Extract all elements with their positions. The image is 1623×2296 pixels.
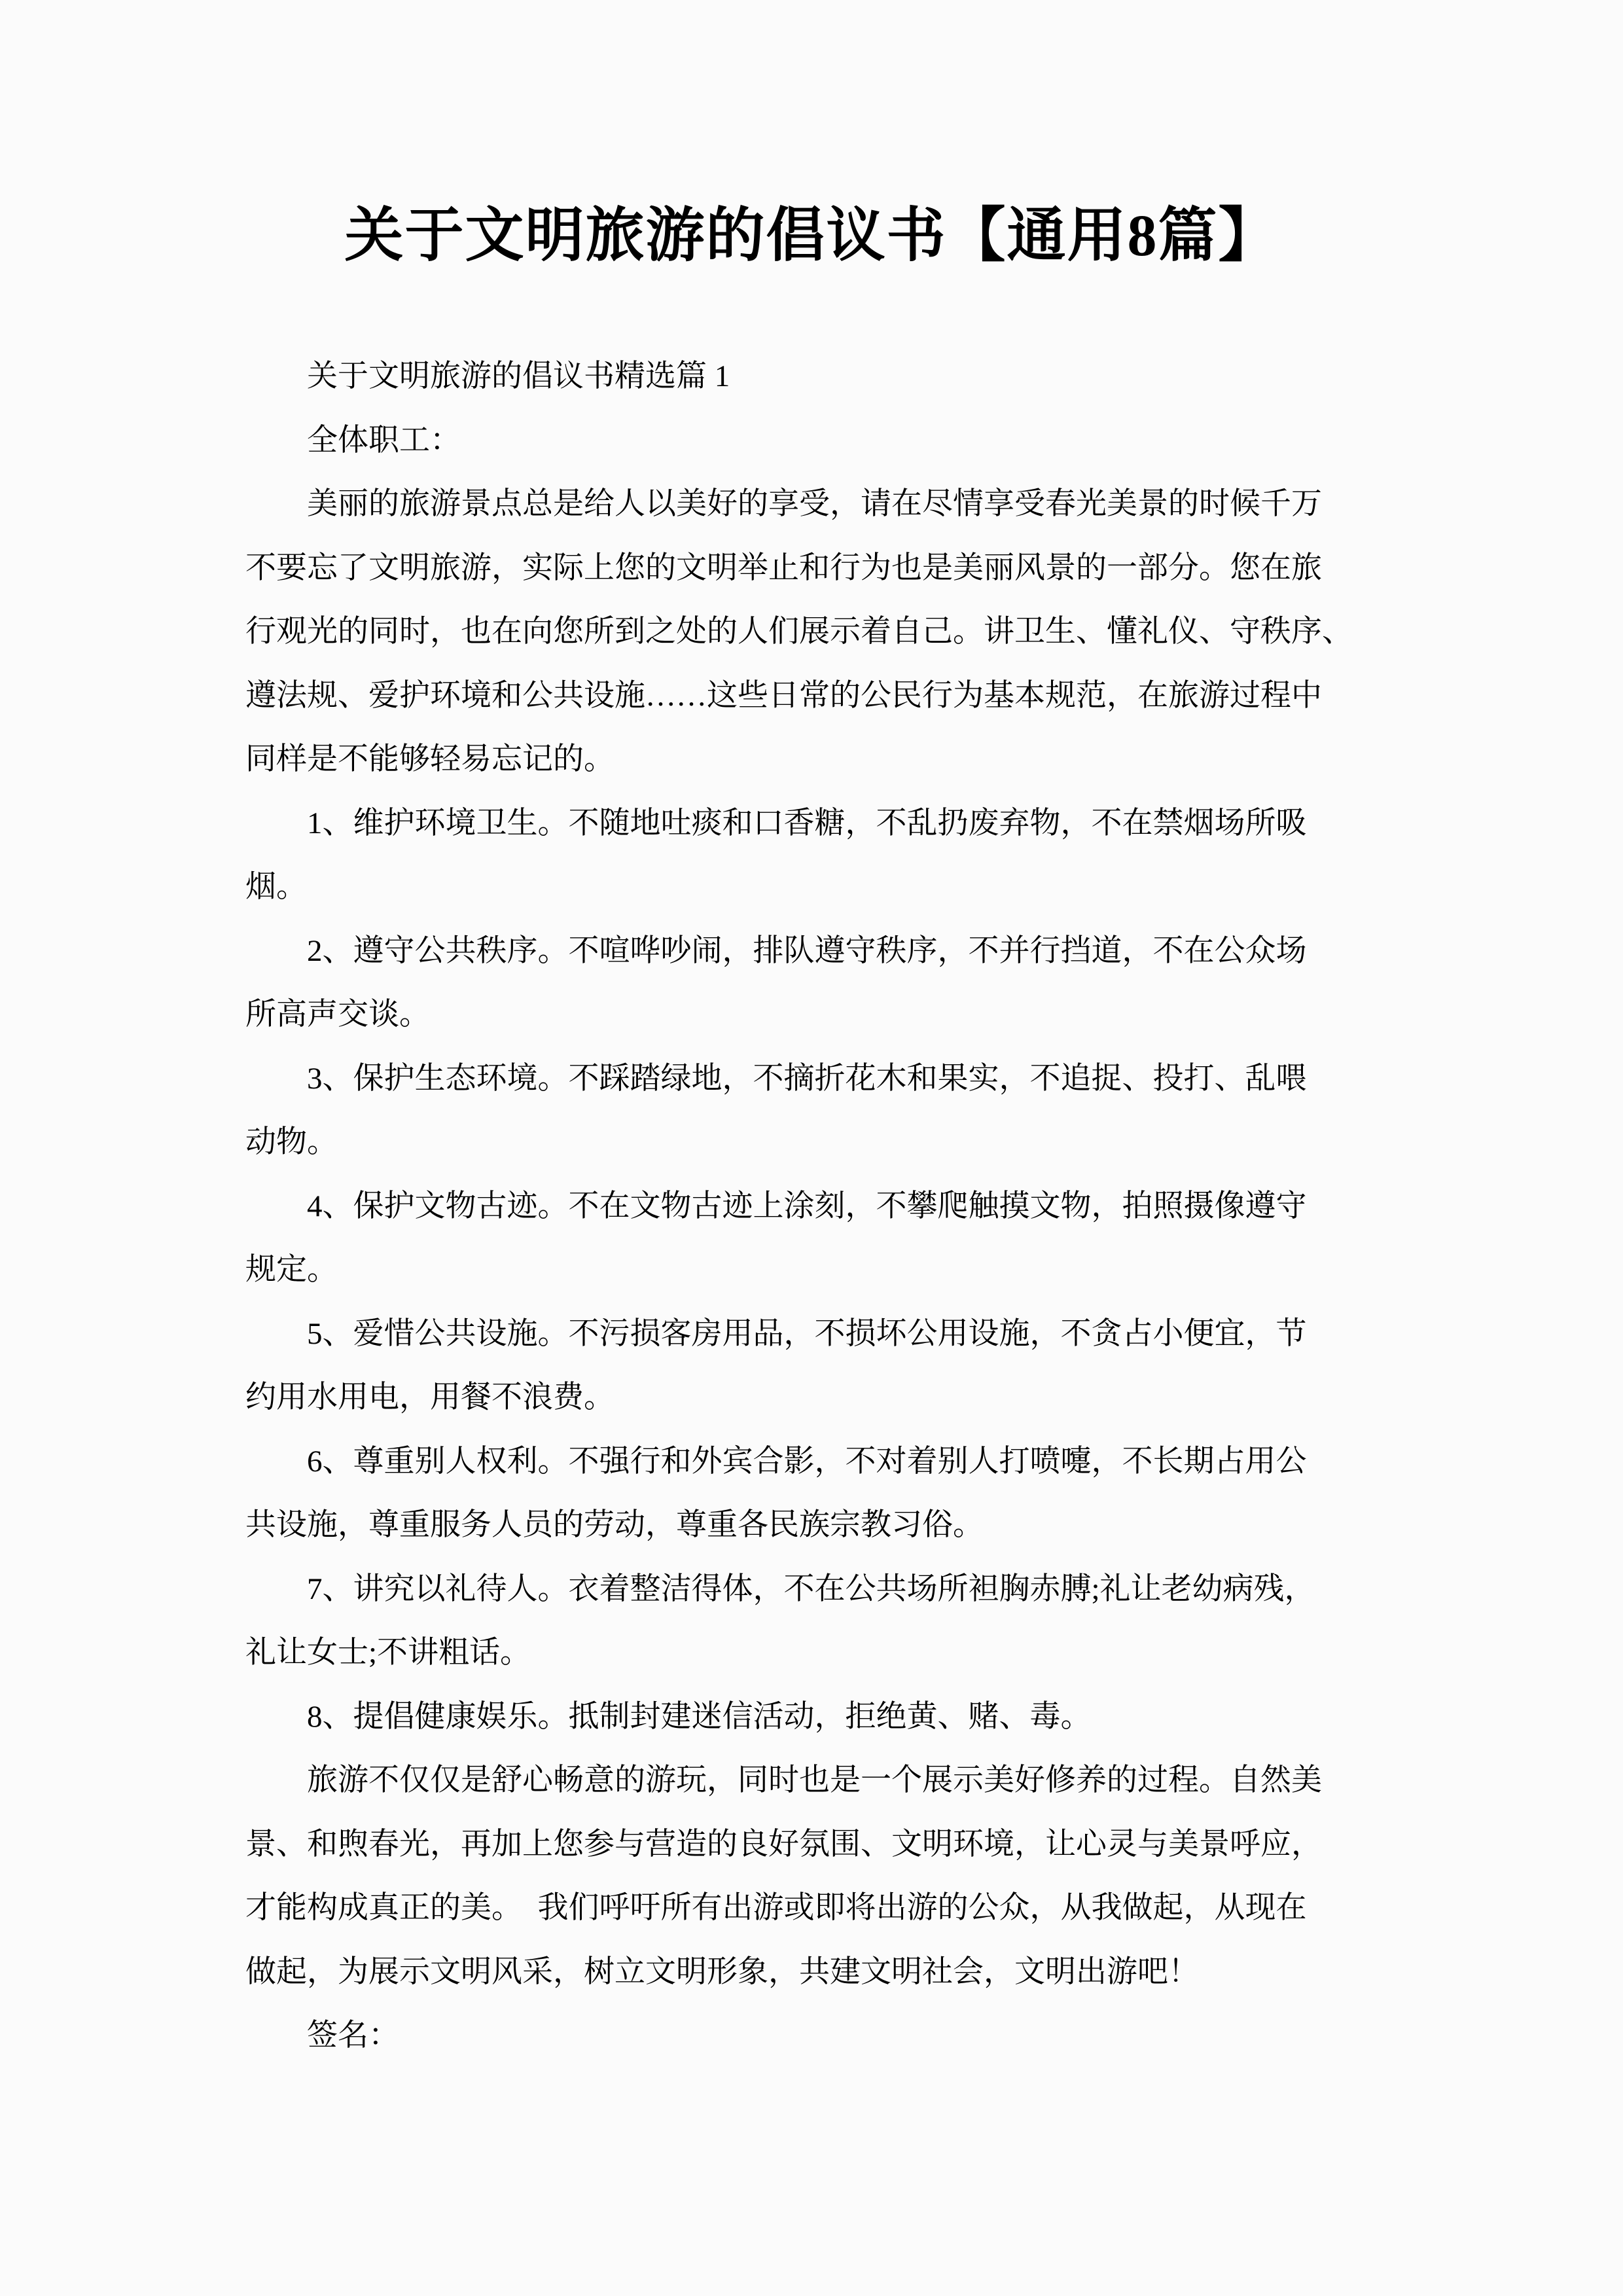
text-line: 景、和煦春光，再加上您参与营造的良好氛围、文明环境，让心灵与美景呼应， bbox=[245, 1813, 1378, 1877]
text-line: 不要忘了文明旅游，实际上您的文明举止和行为也是美丽风景的一部分。您在旅 bbox=[245, 537, 1378, 601]
document-page: 关于文明旅游的倡议书【通用8篇】 关于文明旅游的倡议书精选篇 1全体职工：美丽的… bbox=[0, 0, 1623, 2296]
text-line: 遵法规、爱护环境和公共设施……这些日常的公民行为基本规范，在旅游过程中 bbox=[245, 664, 1378, 728]
text-line: 5、爱惜公共设施。不污损客房用品，不损坏公用设施，不贪占小便宜，节 bbox=[245, 1302, 1378, 1367]
text-line: 4、保护文物古迹。不在文物古迹上涂刻，不攀爬触摸文物，拍照摄像遵守 bbox=[245, 1175, 1378, 1239]
text-line: 关于文明旅游的倡议书精选篇 1 bbox=[245, 345, 1378, 409]
text-line: 1、维护环境卫生。不随地吐痰和口香糖，不乱扔废弃物，不在禁烟场所吸 bbox=[245, 792, 1378, 856]
text-line: 3、保护生态环境。不踩踏绿地，不摘折花木和果实，不追捉、投打、乱喂 bbox=[245, 1047, 1378, 1111]
text-line: 同样是不能够轻易忘记的。 bbox=[245, 728, 1378, 792]
text-line: 约用水用电，用餐不浪费。 bbox=[245, 1366, 1378, 1430]
text-line: 礼让女士;不讲粗话。 bbox=[245, 1621, 1378, 1685]
document-title: 关于文明旅游的倡议书【通用8篇】 bbox=[0, 194, 1623, 279]
text-line: 8、提倡健康娱乐。抵制封建迷信活动，拒绝黄、赌、毒。 bbox=[245, 1685, 1378, 1749]
text-line: 全体职工： bbox=[245, 409, 1378, 473]
text-line: 共设施，尊重服务人员的劳动，尊重各民族宗教习俗。 bbox=[245, 1494, 1378, 1558]
text-line: 2、遵守公共秩序。不喧哗吵闹，排队遵守秩序，不并行挡道，不在公众场 bbox=[245, 920, 1378, 984]
text-line: 做起，为展示文明风采，树立文明形象，共建文明社会，文明出游吧！ bbox=[245, 1941, 1378, 2005]
text-line: 规定。 bbox=[245, 1238, 1378, 1302]
text-line: 才能构成真正的美。 我们呼吁所有出游或即将出游的公众，从我做起，从现在 bbox=[245, 1876, 1378, 1941]
text-line: 行观光的同时，也在向您所到之处的人们展示着自己。讲卫生、懂礼仪、守秩序、 bbox=[245, 600, 1378, 664]
text-line: 7、讲究以礼待人。衣着整洁得体，不在公共场所袒胸赤膊;礼让老幼病残， bbox=[245, 1558, 1378, 1622]
text-line: 6、尊重别人权利。不强行和外宾合影，不对着别人打喷嚏，不长期占用公 bbox=[245, 1430, 1378, 1494]
text-line: 美丽的旅游景点总是给人以美好的享受，请在尽情享受春光美景的时候千万 bbox=[245, 473, 1378, 537]
text-line: 旅游不仅仅是舒心畅意的游玩，同时也是一个展示美好修养的过程。自然美 bbox=[245, 1749, 1378, 1813]
text-line: 动物。 bbox=[245, 1111, 1378, 1175]
document-body: 关于文明旅游的倡议书精选篇 1全体职工：美丽的旅游景点总是给人以美好的享受，请在… bbox=[245, 345, 1378, 2068]
text-line: 签名： bbox=[245, 2004, 1378, 2068]
text-line: 烟。 bbox=[245, 855, 1378, 920]
text-line: 所高声交谈。 bbox=[245, 983, 1378, 1047]
